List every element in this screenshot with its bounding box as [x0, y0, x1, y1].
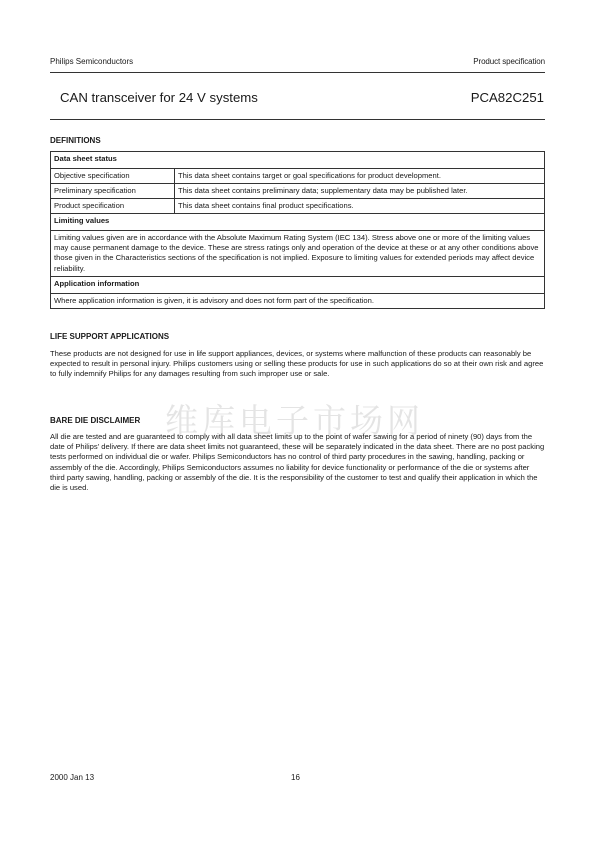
bare-die-text: All die are tested and are guaranteed to… [50, 432, 545, 493]
table-row: Objective specification This data sheet … [51, 169, 545, 184]
bare-die-heading: BARE DIE DISCLAIMER [50, 416, 140, 425]
page-number: 16 [291, 773, 300, 782]
table-row: Preliminary specification This data shee… [51, 184, 545, 199]
status-term: Objective specification [51, 169, 175, 184]
application-information-label: Application information [51, 276, 545, 293]
company-name: Philips Semiconductors [50, 57, 133, 66]
part-number: PCA82C251 [471, 90, 544, 105]
header-rule-top [50, 72, 545, 73]
document-title: CAN transceiver for 24 V systems [60, 90, 258, 105]
status-description: This data sheet contains preliminary dat… [175, 184, 545, 199]
limiting-values-label: Limiting values [51, 214, 545, 231]
header-rule-bottom [50, 119, 545, 120]
life-support-heading: LIFE SUPPORT APPLICATIONS [50, 332, 169, 341]
status-description: This data sheet contains target or goal … [175, 169, 545, 184]
application-information-text: Where application information is given, … [51, 293, 545, 308]
definitions-heading: DEFINITIONS [50, 136, 101, 145]
table-row: Product specification This data sheet co… [51, 199, 545, 214]
status-term: Preliminary specification [51, 184, 175, 199]
limiting-values-text: Limiting values given are in accordance … [51, 231, 545, 277]
life-support-text: These products are not designed for use … [50, 349, 545, 380]
footer-date: 2000 Jan 13 [50, 773, 94, 782]
data-sheet-status-label: Data sheet status [51, 152, 545, 169]
definitions-table: Data sheet status Objective specificatio… [50, 151, 545, 309]
document-type: Product specification [473, 57, 545, 66]
status-term: Product specification [51, 199, 175, 214]
status-description: This data sheet contains final product s… [175, 199, 545, 214]
